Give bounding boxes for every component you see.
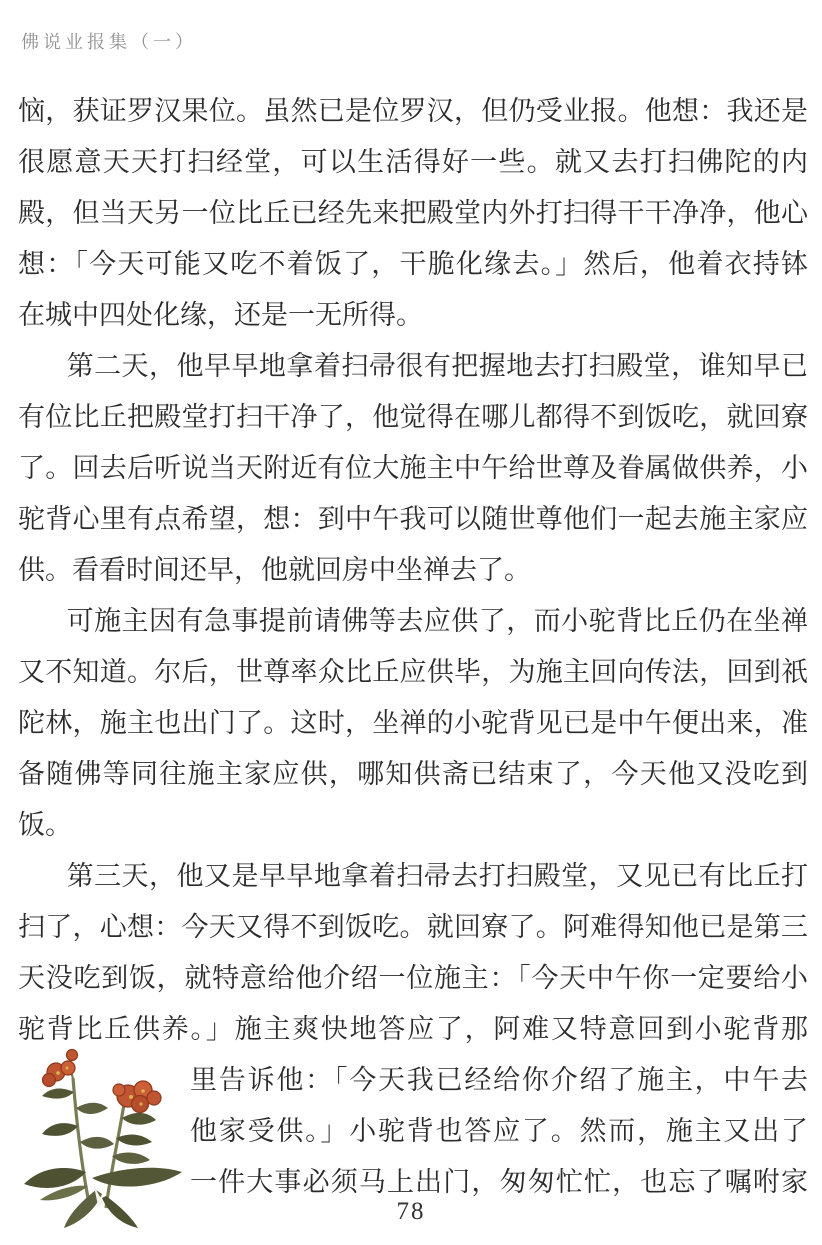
text-line: 里告诉他：「今天我已经给你介绍了施主，中午去 (190, 1055, 808, 1106)
text-line: 在城中四处化缘，还是一无所得。 (18, 290, 808, 341)
text-line: 可施主因有急事提前请佛等去应供了，而小驼背比丘仍在坐禅 (18, 596, 808, 647)
text-line: 他家受供。」小驼背也答应了。然而，施主又出了 (190, 1106, 808, 1157)
page-number: 78 (0, 1198, 822, 1226)
text-line: 驼背心里有点希望，想：到中午我可以随世尊他们一起去施主家应 (18, 494, 808, 545)
running-header: 佛说业报集（一） (21, 28, 197, 54)
text-line: 供。看看时间还早，他就回房中坐禅去了。 (18, 545, 808, 596)
text-line: 想：「今天可能又吃不着饭了，干脆化缘去。」然后，他着衣持钵 (18, 239, 808, 290)
text-line: 第二天，他早早地拿着扫帚很有把握地去打扫殿堂，谁知早已 (18, 341, 808, 392)
text-line: 有位比丘把殿堂打扫干净了，他觉得在哪儿都得不到饭吃，就回寮 (18, 392, 808, 443)
text-line: 备随佛等同往施主家应供，哪知供斋已结束了，今天他又没吃到 (18, 749, 808, 800)
text-line: 饭。 (18, 800, 808, 851)
text-line: 又不知道。尔后，世尊率众比丘应供毕，为施主回向传法，回到祇 (18, 647, 808, 698)
text-line: 扫了，心想：今天又得不到饭吃。就回寮了。阿难得知他已是第三 (18, 902, 808, 953)
text-line: 殿，但当天另一位比丘已经先来把殿堂内外打扫得干干净净，他心 (18, 188, 808, 239)
text-line: 很愿意天天打扫经堂，可以生活得好一些。就又去打扫佛陀的内 (18, 137, 808, 188)
text-line: 恼，获证罗汉果位。虽然已是位罗汉，但仍受业报。他想：我还是 (18, 86, 808, 137)
text-line: 了。回去后听说当天附近有位大施主中午给世尊及眷属做供养，小 (18, 443, 808, 494)
text-line: 陀林，施主也出门了。这时，坐禅的小驼背见已是中午便出来，准 (18, 698, 808, 749)
text-line: 天没吃到饭，就特意给他介绍一位施主：「今天中午你一定要给小 (18, 953, 808, 1004)
text-line: 第三天，他又是早早地拿着扫帚去打扫殿堂，又见已有比丘打 (18, 851, 808, 902)
body-text: 恼，获证罗汉果位。虽然已是位罗汉，但仍受业报。他想：我还是很愿意天天打扫经堂，可… (18, 86, 808, 1208)
